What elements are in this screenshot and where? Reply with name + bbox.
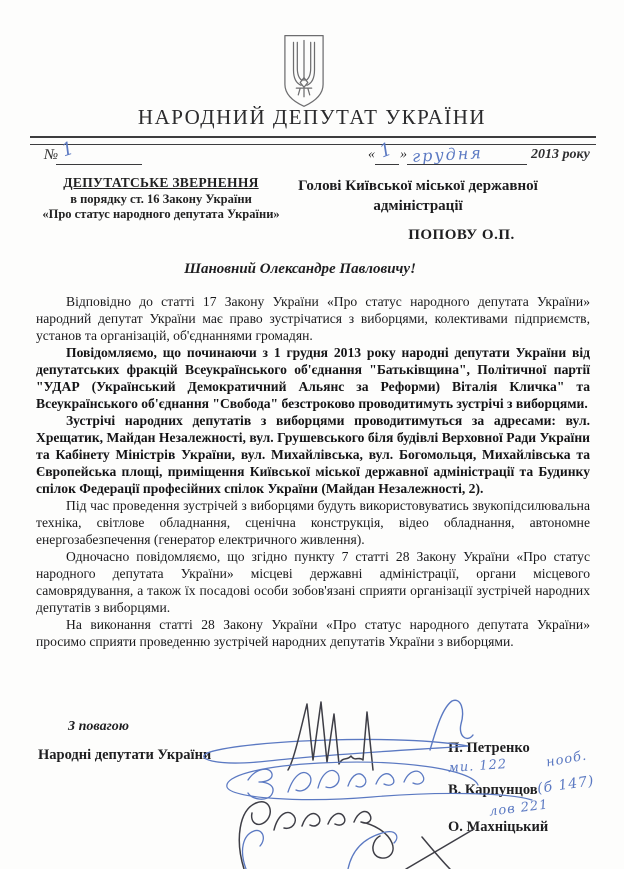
paragraph-5: Одночасно повідомляємо, що згідно пункту… — [36, 548, 590, 616]
salutation: Шановний Олександре Павловичу! — [60, 261, 540, 278]
appeal-legal-basis: в порядку ст. 16 Закону України — [30, 192, 292, 207]
appeal-law-title: «Про статус народного депутата України» — [30, 207, 292, 222]
handwritten-note-karpuntsov: (б 147) — [536, 773, 595, 797]
handwritten-note-petrenko-left: ми. 122 — [448, 757, 508, 776]
letter-body: Відповідно до статті 17 Закону України «… — [36, 293, 590, 650]
addressee-name: ПОПОВУ О.П. — [384, 227, 539, 244]
paragraph-4: Під час проведення зустрічей з виборцями… — [36, 497, 590, 548]
handwritten-note-petrenko-right: нооб. — [545, 749, 588, 771]
handwritten-signatures-overlay — [180, 690, 540, 869]
handwritten-date-month: грудня — [412, 143, 484, 166]
signature-blue-loop — [243, 830, 264, 869]
handwritten-note-makhnitskyi: лов 221 — [488, 797, 549, 819]
scanned-letter-page: НАРОДНИЙ ДЕПУТАТ УКРАЇНИ № 1 « 1 » грудн… — [0, 0, 624, 869]
paragraph-3: Зустрічі народних депутатів з виборцями … — [36, 412, 590, 497]
letterhead-divider — [30, 136, 596, 145]
paragraph-2: Повідомляємо, що починаючи з 1 грудня 20… — [36, 344, 590, 412]
signature-blue-tail — [348, 832, 397, 869]
number-label: № — [44, 147, 58, 164]
date-quote-close: » — [400, 147, 407, 163]
signatories-label: Народні депутати України — [38, 747, 211, 764]
appeal-reference-block: ДЕПУТАТСЬКЕ ЗВЕРНЕННЯ в порядку ст. 16 З… — [30, 175, 292, 222]
letterhead-title: НАРОДНИЙ ДЕПУТАТ УКРАЇНИ — [0, 105, 624, 130]
closing-respect: З повагою — [68, 719, 129, 735]
date-year: 2013 року — [531, 147, 590, 163]
addressee-block: Голові Київської міської державної адмін… — [296, 176, 540, 216]
signature-black-loops — [239, 802, 393, 869]
paragraph-1: Відповідно до статті 17 Закону України «… — [36, 293, 590, 344]
signatory-makhnitskyi: О. Махніцький — [448, 819, 548, 836]
addressee-line2: адміністрації — [296, 196, 540, 216]
paragraph-6: На виконання статті 28 Закону України «П… — [36, 616, 590, 650]
signatory-petrenko: П. Петренко — [448, 740, 530, 757]
date-month-underline — [407, 164, 527, 165]
signatory-karpuntsov: В. Карпунцов — [448, 782, 538, 799]
date-day-underline — [375, 164, 399, 165]
number-underline — [56, 164, 142, 165]
signature-blue-scribble — [248, 769, 424, 799]
appeal-heading: ДЕПУТАТСЬКЕ ЗВЕРНЕННЯ — [30, 175, 292, 191]
date-quote-open: « — [368, 147, 375, 163]
signature-black-zigzag — [288, 702, 373, 770]
addressee-line1: Голові Київської міської державної — [296, 176, 540, 196]
ukraine-trident-emblem-icon — [283, 33, 325, 109]
signature-flourish-blue — [204, 739, 468, 763]
